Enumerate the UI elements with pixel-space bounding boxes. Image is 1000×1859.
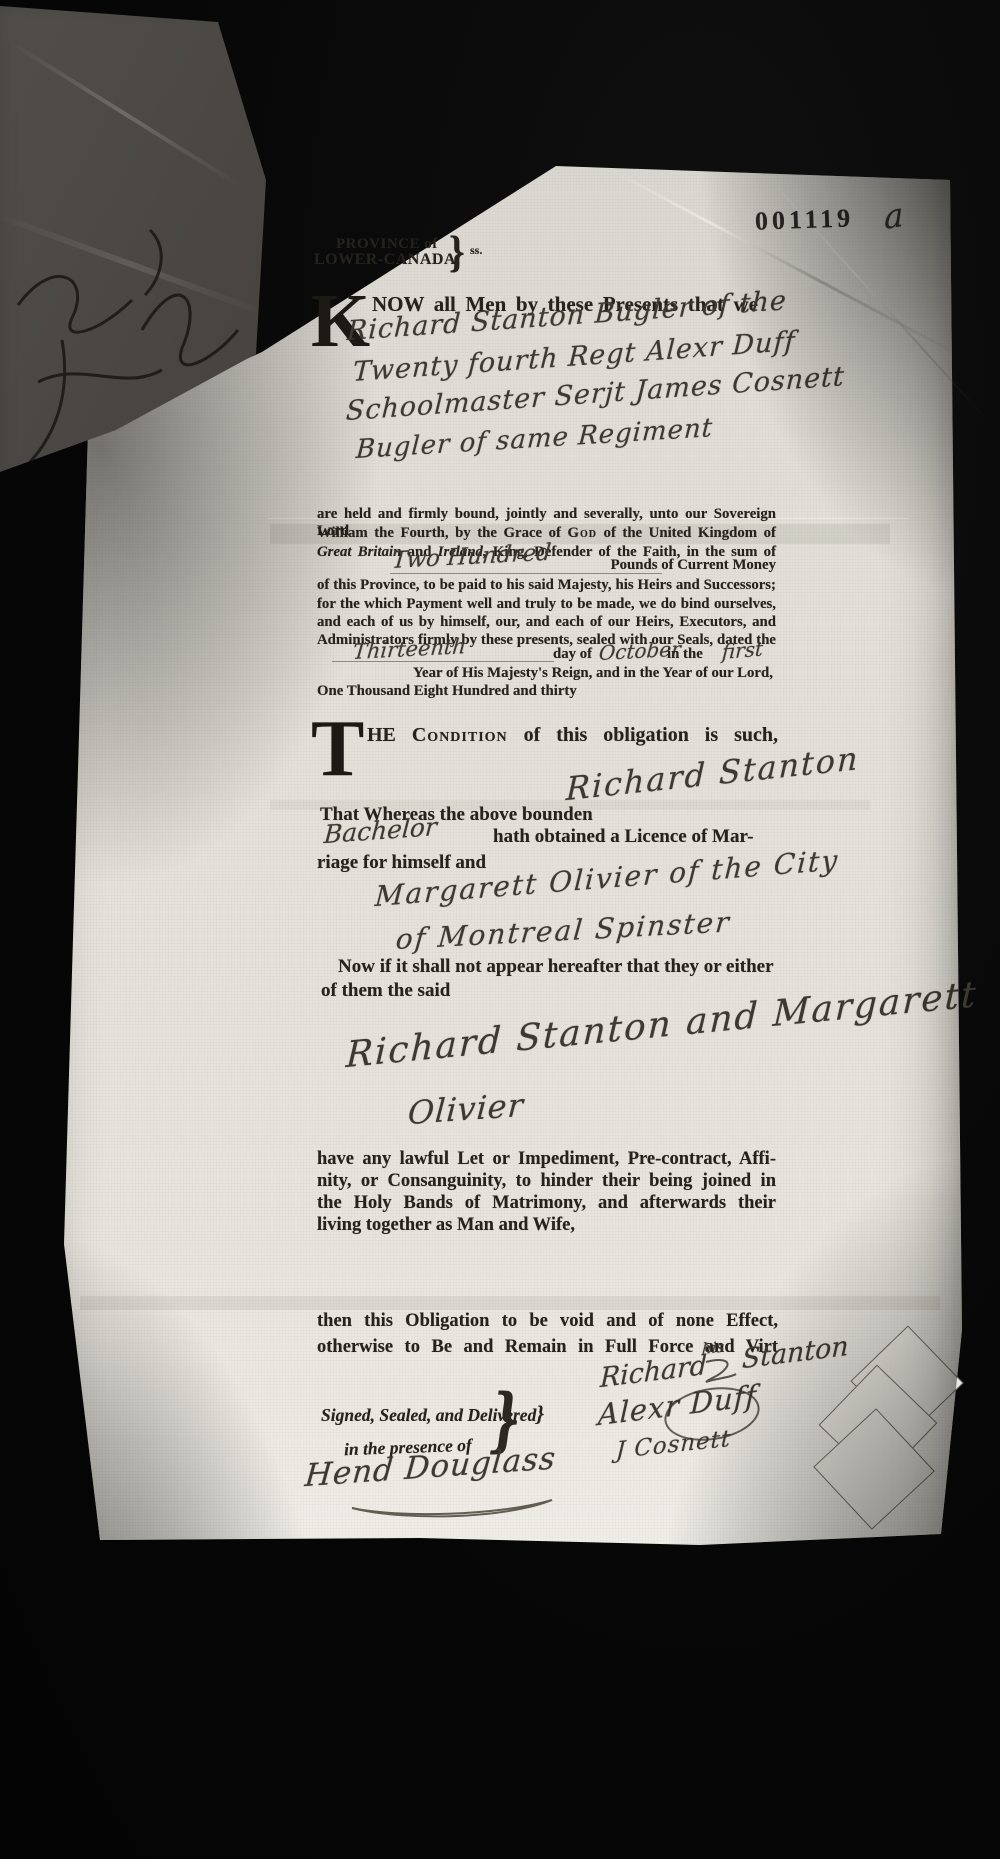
fold-highlight [9,40,240,186]
bond-line10: Year of His Majesty's Reign, and in the … [413,665,778,682]
jurat-abbreviation: ss. [470,243,482,258]
bond-line5: of this Province, to be paid to his said… [317,577,776,594]
bond-regnal-year-handwritten: first [721,636,763,664]
attestation-brace-small: } [536,1401,544,1426]
whereas-line2: hath obtained a Licence of Mar- [493,826,754,848]
now-clause-line2: of them the said [321,980,450,1002]
header-brace: } [449,225,465,278]
whereas-line3: riage for himself and [317,852,486,874]
now-clause-line1: Now if it shall not appear hereafter tha… [338,956,774,978]
bond-line2-post: of the United Kingdom of [604,525,776,541]
dropcap-t: T [311,718,364,780]
condition-pre: HE [367,724,396,746]
bond-line2-pre: William the Fourth, by the Grace of [317,525,561,541]
bond-line11: One Thousand Eight Hundred and thirty [317,683,776,700]
impediment-line1: have any lawful Let or Impediment, Pre-c… [317,1149,776,1170]
condition-heading: HE Condition of this obligation is such, [367,724,778,747]
header-province-line2: LOWER-CANADA. [314,251,461,269]
bond-day-of-label: day of [553,646,592,663]
bond-line6: for the which Payment well and truly to … [317,596,776,613]
bond-line4-right: Pounds of Current Money [317,557,776,574]
file-number-suffix-handwritten: a [883,194,904,237]
bond-in-the-label: in the [667,646,703,663]
impediment-line2: nity, or Consanguinity, to hinder their … [317,1171,776,1192]
scanned-document-page: 001119 a PROVINCE of LOWER-CANADA. } ss.… [0,0,1000,1859]
condition-post: of this obligation is such, [524,724,778,746]
witness-signature-flourish [348,1492,558,1520]
fold-highlight [0,210,273,318]
impediment-line3: the Holy Bands of Matrimony, and afterwa… [317,1193,776,1214]
condition-word: Condition [412,724,508,746]
impediment-line4: living together as Man and Wife, [317,1215,575,1236]
blank-fill-line [332,661,554,662]
bond-line7: and each of us by himself, our, and each… [317,614,776,631]
file-number-stamp: 001119 [755,203,855,236]
void-clause-line1: then this Obligation to be void and of n… [317,1311,778,1332]
bond-line2-god: God [568,525,598,541]
